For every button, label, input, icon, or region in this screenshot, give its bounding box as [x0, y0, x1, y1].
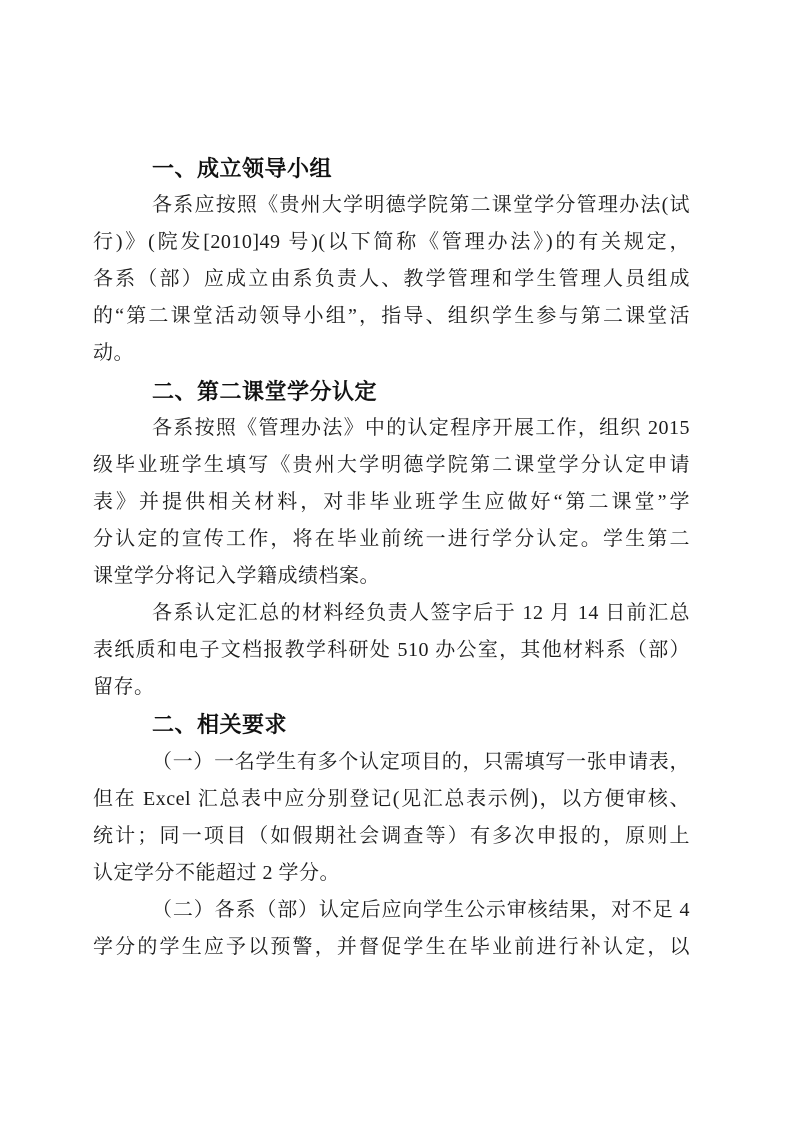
text-line: 表》并提供相关材料，对非毕业班学生应做好“第二课堂”学 — [93, 484, 690, 521]
document-content: 一、成立领导小组各系应按照《贵州大学明德学院第二课堂学分管理办法(试行)》(院发… — [93, 150, 690, 966]
text-line: 行)》(院发[2010]49 号)(以下简称《管理办法》)的有关规定， — [93, 224, 690, 261]
text-line: 分认定的宣传工作，将在毕业前统一进行学分认定。学生第二 — [93, 521, 690, 558]
text-line: 课堂学分将记入学籍成绩档案。 — [93, 558, 690, 595]
text-line: 表纸质和电子文档报教学科研处 510 办公室，其他材料系（部） — [93, 632, 690, 669]
text-line: 各系按照《管理办法》中的认定程序开展工作，组织 2015 — [93, 410, 690, 447]
text-line: 统计；同一项目（如假期社会调查等）有多次申报的，原则上 — [93, 818, 690, 855]
text-line: 动。 — [93, 335, 690, 372]
text-line: 但在 Excel 汇总表中应分别登记(见汇总表示例)，以方便审核、 — [93, 781, 690, 818]
heading-line: 一、成立领导小组 — [93, 150, 690, 187]
text-line: 的“第二课堂活动领导小组”，指导、组织学生参与第二课堂活 — [93, 298, 690, 335]
text-line: （一）一名学生有多个认定项目的，只需填写一张申请表， — [93, 744, 690, 781]
text-line: 各系认定汇总的材料经负责人签字后于 12 月 14 日前汇总 — [93, 595, 690, 632]
text-line: 级毕业班学生填写《贵州大学明德学院第二课堂学分认定申请 — [93, 447, 690, 484]
text-line: 各系应按照《贵州大学明德学院第二课堂学分管理办法(试 — [93, 187, 690, 224]
heading-line: 二、相关要求 — [93, 706, 690, 743]
text-line: 学分的学生应予以预警，并督促学生在毕业前进行补认定，以 — [93, 929, 690, 966]
text-line: 留存。 — [93, 669, 690, 706]
heading-line: 二、第二课堂学分认定 — [93, 373, 690, 410]
text-line: （二）各系（部）认定后应向学生公示审核结果，对不足 4 — [93, 892, 690, 929]
text-line: 各系（部）应成立由系负责人、教学管理和学生管理人员组成 — [93, 261, 690, 298]
text-line: 认定学分不能超过 2 学分。 — [93, 855, 690, 892]
document-page: 一、成立领导小组各系应按照《贵州大学明德学院第二课堂学分管理办法(试行)》(院发… — [0, 0, 793, 1122]
